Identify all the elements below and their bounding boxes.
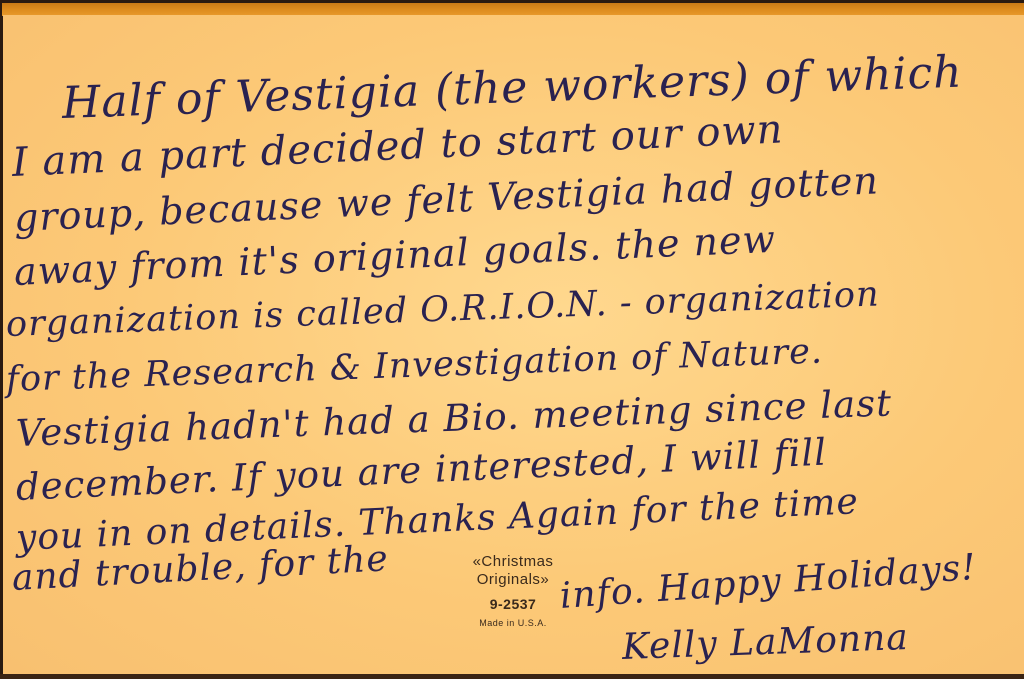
scanned-note-card: Half of Vestigia (the workers) of which … (0, 0, 1024, 679)
brand-line-1: «Christmas (448, 553, 578, 571)
card-bottom-edge (0, 674, 1024, 679)
brand-line-2: Originals» (448, 571, 578, 589)
product-code: 9-2537 (448, 596, 578, 612)
origin-label: Made in U.S.A. (448, 618, 578, 628)
printed-label: «Christmas Originals» 9-2537 Made in U.S… (448, 553, 578, 628)
